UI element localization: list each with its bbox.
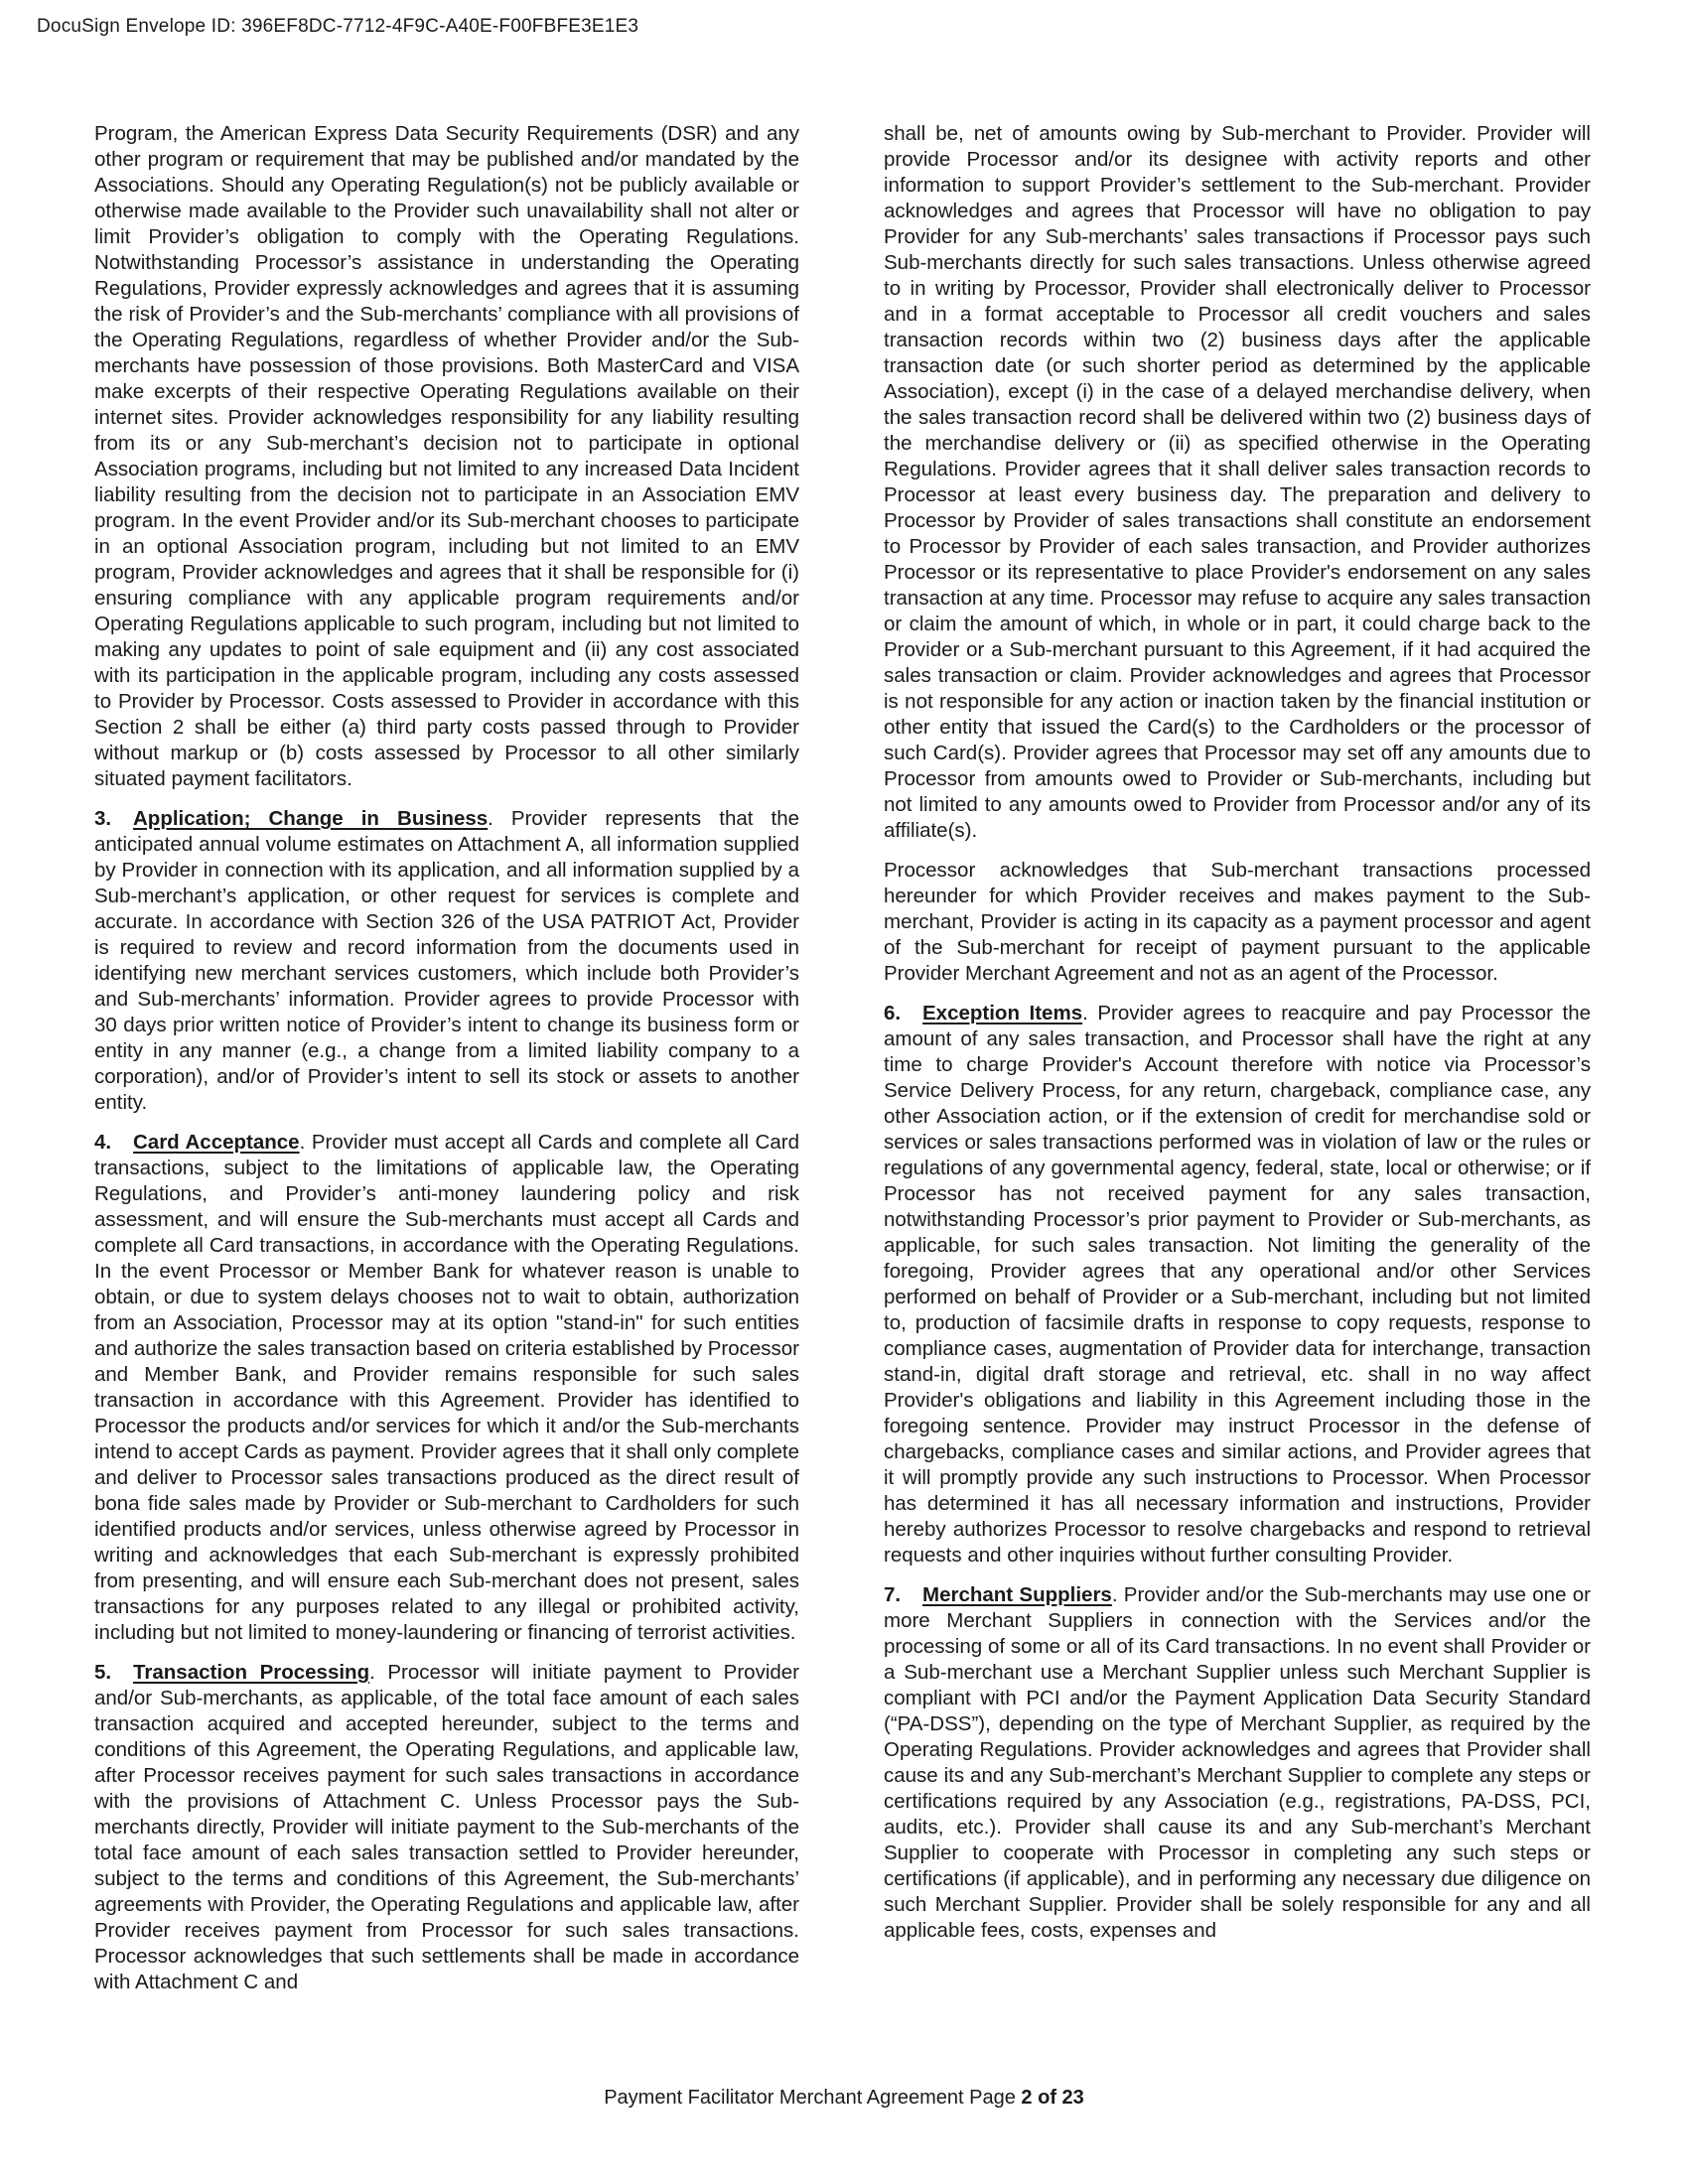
footer-page-number: 2 of 23 [1021,2087,1083,2109]
section-7-number: 7. [884,1582,922,1608]
paragraph-settlement-continuation: shall be, net of amounts owing by Sub-me… [884,121,1591,844]
section-3-number: 3. [94,806,133,832]
section-6-number: 6. [884,1001,922,1026]
section-5-body: . Processor will initiate payment to Pro… [94,1661,799,1993]
section-5-heading: Transaction Processing [133,1661,369,1684]
document-page: DocuSign Envelope ID: 396EF8DC-7712-4F9C… [0,0,1688,2184]
section-6-heading: Exception Items [922,1002,1082,1024]
right-column: shall be, net of amounts owing by Sub-me… [884,121,1591,1944]
section-3-application-change-in-business: 3.Application; Change in Business. Provi… [94,806,799,1116]
section-3-body: . Provider represents that the anticipat… [94,807,799,1114]
section-3-heading: Application; Change in Business [133,807,488,830]
section-4-number: 4. [94,1130,133,1156]
section-6-exception-items: 6.Exception Items. Provider agrees to re… [884,1001,1591,1569]
section-7-body: . Provider and/or the Sub-merchants may … [884,1583,1591,1942]
section-7-merchant-suppliers: 7.Merchant Suppliers. Provider and/or th… [884,1582,1591,1944]
section-4-body: . Provider must accept all Cards and com… [94,1131,799,1644]
docusign-envelope-id: DocuSign Envelope ID: 396EF8DC-7712-4F9C… [37,16,638,38]
page-footer: Payment Facilitator Merchant Agreement P… [0,2087,1688,2110]
section-7-heading: Merchant Suppliers [922,1583,1112,1606]
section-4-heading: Card Acceptance [133,1131,300,1154]
section-5-transaction-processing: 5.Transaction Processing. Processor will… [94,1660,799,1995]
paragraph-section2-continuation: Program, the American Express Data Secur… [94,121,799,792]
section-5-number: 5. [94,1660,133,1686]
footer-document-title: Payment Facilitator Merchant Agreement P… [604,2087,1021,2109]
section-6-body: . Provider agrees to reacquire and pay P… [884,1002,1591,1567]
section-4-card-acceptance: 4.Card Acceptance. Provider must accept … [94,1130,799,1646]
left-column: Program, the American Express Data Secur… [94,121,799,1995]
paragraph-processor-acknowledgement: Processor acknowledges that Sub-merchant… [884,858,1591,987]
